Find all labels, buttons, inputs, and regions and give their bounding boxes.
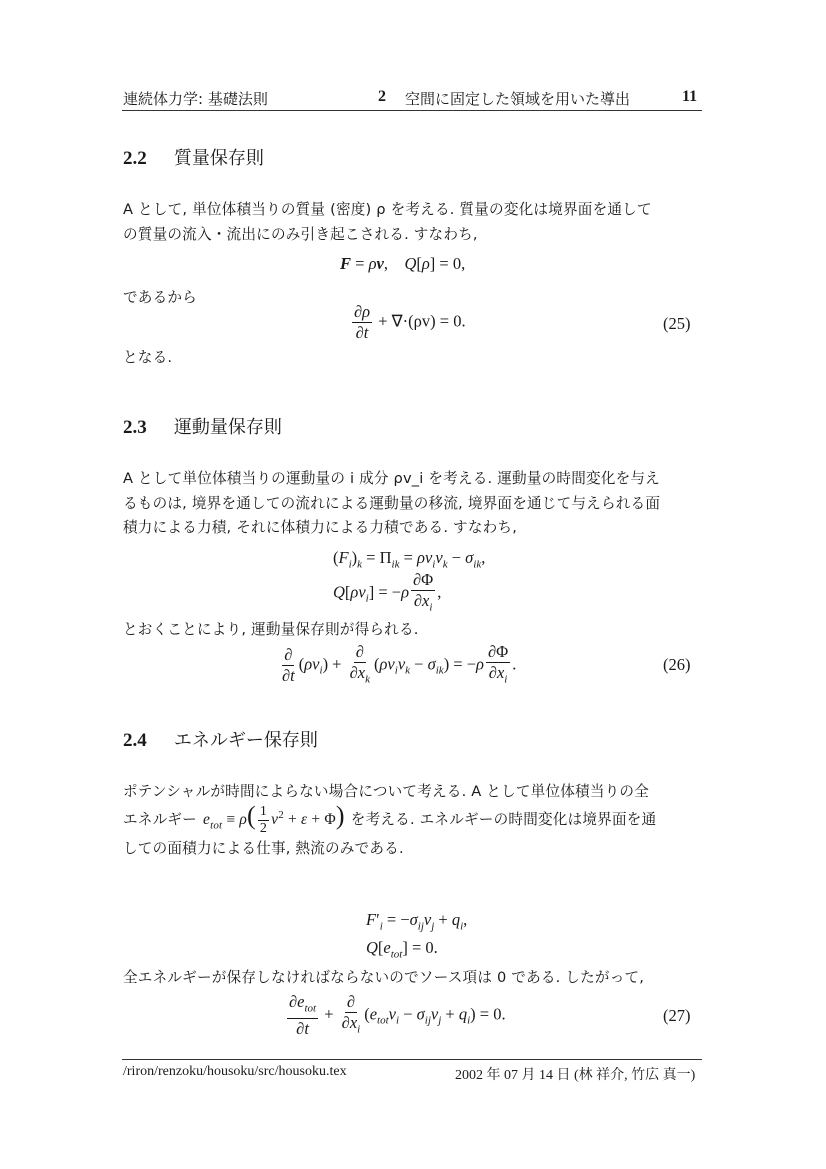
equation-rest: + ∇·(ρv) = 0.	[378, 311, 465, 330]
equation-26: ∂∂t(ρvi) + ∂∂xk(ρvivk − σik) = −ρ∂Φ∂xi.	[278, 642, 516, 689]
frac-den: ∂t	[354, 323, 371, 343]
definition-equation-mass: F = ρv, Q[ρ] = 0,	[340, 254, 465, 274]
section-title: エネルギー保存則	[174, 730, 318, 751]
equation-25: ∂ρ∂t + ∇·(ρv) = 0.	[350, 302, 466, 343]
section-title: 質量保存則	[174, 148, 264, 169]
text-line: の質量の流入・流出にのみ引き起こされる. すなわち,	[123, 223, 705, 248]
equation-27: ∂etot∂t + ∂∂xi(etotvi − σijvj + qi) = 0.	[285, 992, 506, 1039]
section-heading-2-2: 2.2 質量保存則	[123, 144, 264, 170]
text-mid-2-4: 全エネルギーが保存しなければならないのでソース項は 0 である. したがって,	[123, 966, 705, 991]
text-line: A として単位体積当りの運動量の i 成分 ρv_i を考える. 運動量の時間変…	[123, 467, 705, 492]
text-line-with-math: エネルギー etot ≡ ρ(12v2 + ε + Φ) を考える. エネルギー…	[123, 805, 705, 837]
paragraph-2-3-intro: A として単位体積当りの運動量の i 成分 ρv_i を考える. 運動量の時間変…	[123, 467, 705, 541]
definition-equation-momentum-source: Q[ρvi] = −ρ∂Φ∂xi,	[333, 570, 441, 617]
equation-number-27: (27)	[663, 1006, 691, 1026]
text-segment: エネルギー	[123, 808, 197, 833]
section-number: 2.3	[123, 417, 147, 438]
text-line: 積力による力積, それに体積力による力積である. すなわち,	[123, 516, 705, 541]
text-line: しての面積力による仕事, 熱流のみである.	[123, 837, 705, 862]
section-title: 運動量保存則	[174, 417, 282, 438]
running-header-section-title: 空間に固定した領域を用いた導出	[405, 88, 630, 109]
page-number: 11	[682, 88, 697, 106]
section-number: 2.2	[123, 148, 147, 169]
text-segment: を考える. エネルギーの時間変化は境界面を通	[351, 808, 657, 833]
section-heading-2-4: 2.4 エネルギー保存則	[123, 726, 318, 752]
text-line: ポテンシャルが時間によらない場合について考える. A として単位体積当りの全	[123, 780, 705, 805]
running-header-title: 連続体力学: 基礎法則	[123, 88, 268, 109]
section-number: 2.4	[123, 730, 147, 751]
header-rule	[122, 110, 702, 111]
text-line: るものは, 境界を通しての流れによる運動量の移流, 境界面を通じて与えられる面	[123, 492, 705, 517]
section-heading-2-3: 2.3 運動量保存則	[123, 413, 282, 439]
equation-number-25: (25)	[663, 314, 691, 334]
definition-equation-momentum-flux: (Fi)k = Πik = ρvivk − σik,	[333, 548, 485, 570]
definition-equation-energy-source: Q[etot] = 0.	[366, 938, 438, 960]
footer-date-authors: 2002 年 07 月 14 日 (林 祥介, 竹広 真一)	[455, 1064, 695, 1084]
footer-source-path: /riron/renzoku/housoku/src/housoku.tex	[123, 1064, 347, 1080]
running-header-section-number: 2	[378, 88, 386, 106]
frac-num: ∂ρ	[352, 302, 372, 323]
text-line: A として, 単位体積当りの質量 (密度) ρ を考える. 質量の変化は境界面を…	[123, 198, 705, 223]
paragraph-2-2-intro: A として, 単位体積当りの質量 (密度) ρ を考える. 質量の変化は境界面を…	[123, 198, 705, 247]
inline-math-etot: etot ≡ ρ(12v2 + ε + Φ)	[203, 803, 345, 838]
footer-rule	[122, 1059, 702, 1060]
paragraph-2-4-intro: ポテンシャルが時間によらない場合について考える. A として単位体積当りの全 エ…	[123, 780, 705, 861]
equation-number-26: (26)	[663, 655, 691, 675]
text-mid-2-3: とおくことにより, 運動量保存則が得られる.	[123, 618, 705, 643]
text-after-2-2: となる.	[123, 346, 705, 371]
definition-equation-energy-flux: F′i = −σijvj + qi,	[366, 910, 467, 932]
